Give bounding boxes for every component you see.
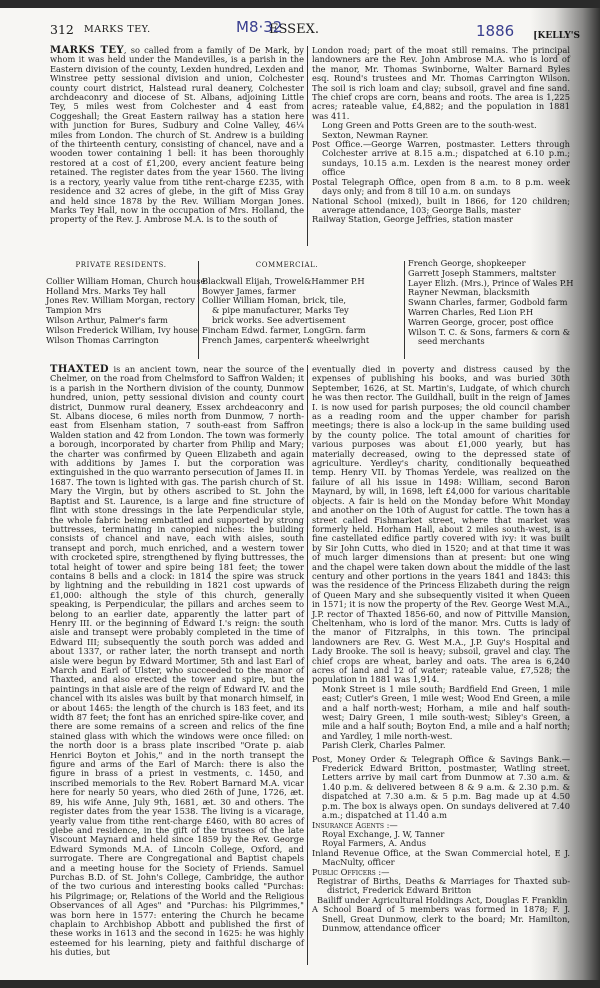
marks-tey-description: MARKS TEY, so called from a family of De… xyxy=(50,46,304,225)
directory-page: 312 MARKS TEY. ESSEX. [KELLY'S M8·32 188… xyxy=(0,8,600,980)
marks-tey-right-column: London road; part of the moat still rema… xyxy=(312,46,570,225)
thaxted-description: THAXTED is an ancient town, near the sou… xyxy=(50,365,304,958)
marks-tey-post-office: Post Office.—George Warren, postmaster. … xyxy=(312,140,570,178)
column-divider xyxy=(307,46,308,246)
column-divider xyxy=(404,261,405,359)
commercial-list-2: French George, shopkeeper Garrett Joseph… xyxy=(408,259,576,347)
commercial-heading: COMMERCIAL. xyxy=(202,261,372,271)
handwritten-reference: M8·32 xyxy=(236,18,282,36)
page-header: 312 MARKS TEY. ESSEX. [KELLY'S M8·32 188… xyxy=(46,18,580,42)
commercial-list-1: COMMERCIAL. Blackwall Elijah, Trowel&Ham… xyxy=(202,261,372,345)
column-divider xyxy=(307,365,308,965)
thaxted-left-column: THAXTED is an ancient town, near the sou… xyxy=(50,365,304,958)
publisher-mark: [KELLY'S xyxy=(533,31,580,41)
column-divider xyxy=(198,261,199,359)
thaxted-description-cont: eventually died in poverty and distress … xyxy=(312,365,570,685)
marks-tey-description-cont: London road; part of the moat still rema… xyxy=(312,46,570,121)
list-item: Registrar of Births, Deaths & Marriages … xyxy=(317,877,570,896)
marks-tey-railway: Railway Station, George Jeffries, statio… xyxy=(312,215,570,224)
thaxted-inland-revenue: Inland Revenue Office, at the Swan Comme… xyxy=(312,849,570,868)
thaxted-parish-clerk: Parish Clerk, Charles Palmer. xyxy=(312,741,570,750)
list-item: seed merchants xyxy=(408,337,576,347)
page-number: 312 xyxy=(50,22,74,37)
marks-tey-school: National School (mixed), built in 1866, … xyxy=(312,197,570,216)
marks-tey-telegraph: Postal Telegraph Office, open from 8 a.m… xyxy=(312,178,570,197)
running-head-place: MARKS TEY. xyxy=(84,24,151,35)
handwritten-year: 1886 xyxy=(476,22,514,40)
thaxted-post-office: Post, Money Order & Telegraph Office & S… xyxy=(312,755,570,821)
marks-tey-left-column: MARKS TEY, so called from a family of De… xyxy=(50,46,304,225)
thaxted-right-column: eventually died in poverty and distress … xyxy=(312,365,570,933)
private-residents-list: PRIVATE RESIDENTS. Collier William Homan… xyxy=(46,261,196,345)
thaxted-hamlets: Monk Street is 1 mile south; Bardfield E… xyxy=(312,685,570,741)
list-item: French James, carpenter& wheelwright xyxy=(202,336,372,346)
list-item: Wilson Thomas Carrington xyxy=(46,336,196,346)
private-residents-heading: PRIVATE RESIDENTS. xyxy=(46,261,196,271)
thaxted-school-board: A School Board of 5 members was formed i… xyxy=(312,905,570,933)
